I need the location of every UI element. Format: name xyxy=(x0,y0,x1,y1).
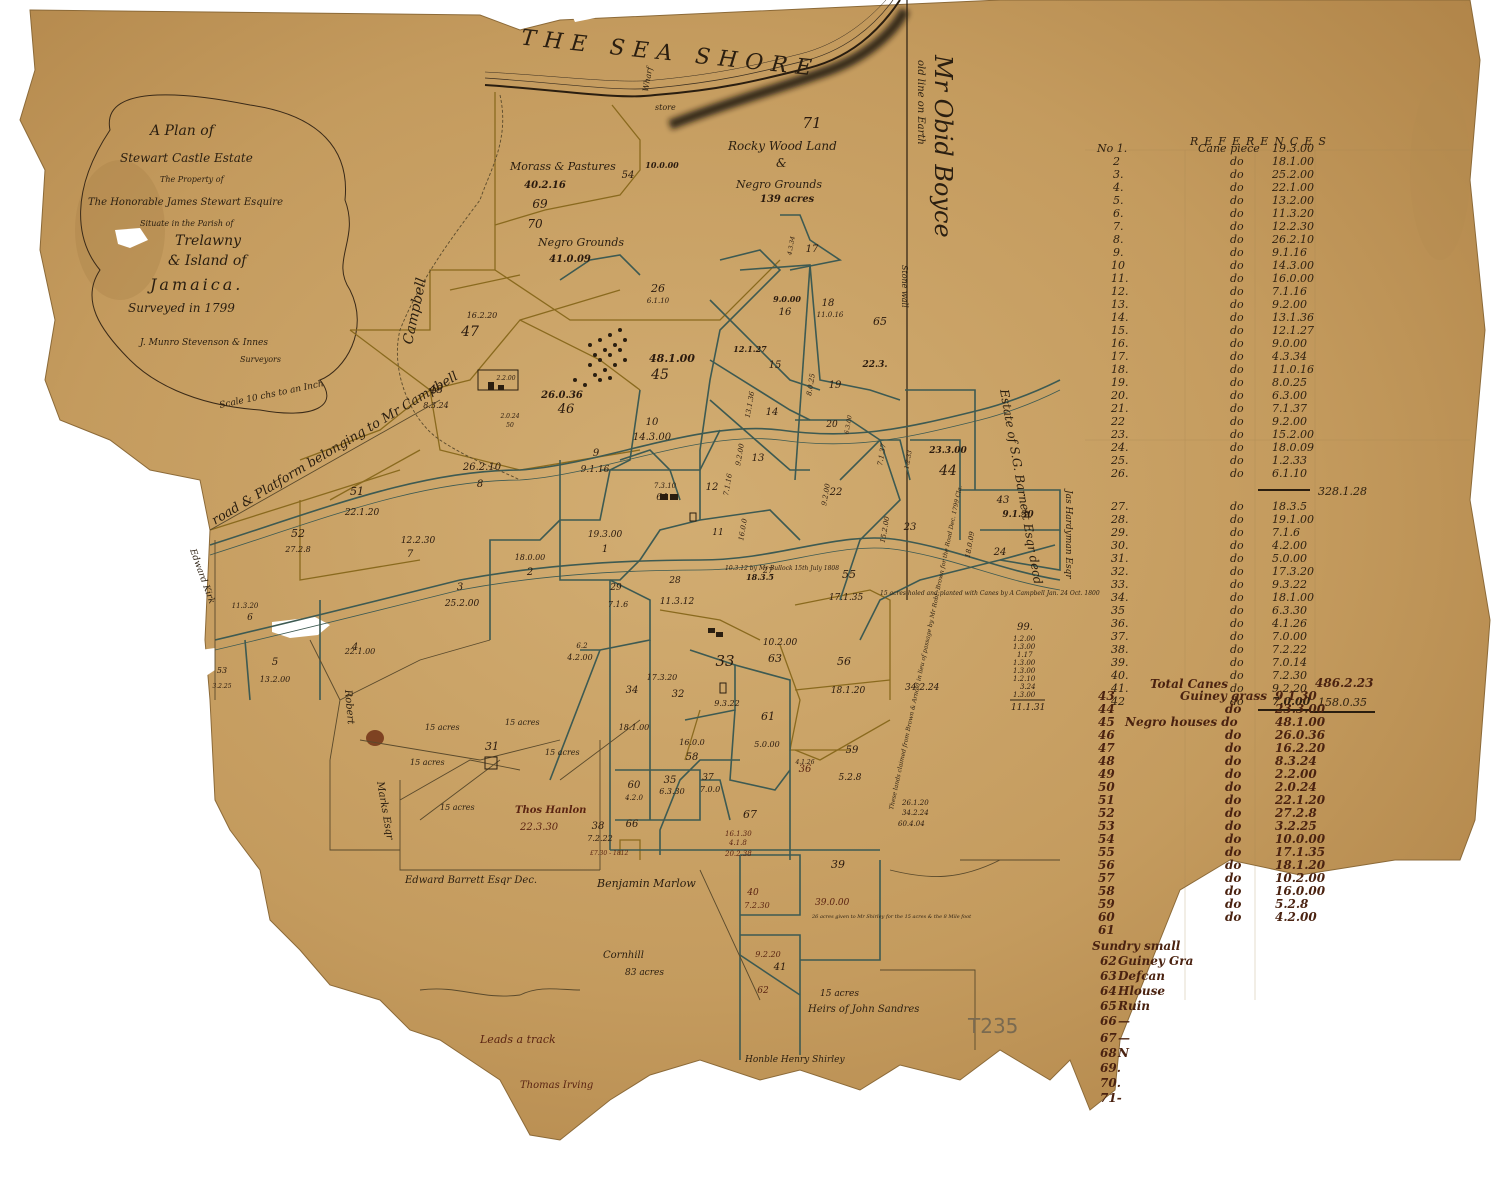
svg-text:63: 63 xyxy=(1100,969,1117,983)
svg-text:1.3.00: 1.3.00 xyxy=(1013,659,1036,667)
svg-text:11.: 11. xyxy=(1111,272,1129,285)
svg-text:48.1.00: 48.1.00 xyxy=(649,352,695,365)
svg-text:44: 44 xyxy=(938,463,957,479)
svg-text:do: do xyxy=(1230,467,1244,480)
svg-text:47: 47 xyxy=(460,324,479,340)
svg-text:16: 16 xyxy=(779,307,792,318)
svg-text:do: do xyxy=(1230,311,1244,324)
svg-text:60.4.04: 60.4.04 xyxy=(898,820,925,828)
svg-text:4.1.26: 4.1.26 xyxy=(794,759,814,766)
svg-text:22.1.00: 22.1.00 xyxy=(1271,181,1314,194)
svg-text:2: 2 xyxy=(526,567,533,578)
svg-text:9.2.00: 9.2.00 xyxy=(1272,298,1307,311)
svg-text:do: do xyxy=(1230,363,1244,376)
svg-text:28: 28 xyxy=(668,576,681,586)
svg-text:1.3.00: 1.3.00 xyxy=(1013,643,1036,651)
svg-text:23.3.00: 23.3.00 xyxy=(1274,702,1326,716)
svg-text:19.3.00: 19.3.00 xyxy=(1272,142,1314,155)
svg-text:&: & xyxy=(776,156,787,170)
svg-text:16.0.00: 16.0.00 xyxy=(1275,884,1326,898)
svg-text:36.: 36. xyxy=(1111,617,1129,630)
old-line-label: old line on Earth xyxy=(915,60,926,145)
svg-text:70: 70 xyxy=(527,217,543,231)
svg-text:32.: 32. xyxy=(1111,565,1129,578)
svg-text:34.: 34. xyxy=(1111,591,1129,604)
svg-text:15 acres: 15 acres xyxy=(505,718,540,727)
svg-text:18.1.20: 18.1.20 xyxy=(1275,858,1326,872)
svg-text:11.0.16: 11.0.16 xyxy=(1272,363,1314,376)
svg-text:18: 18 xyxy=(822,298,835,309)
svg-text:Trelawny: Trelawny xyxy=(175,233,242,249)
svg-text:do: do xyxy=(1230,428,1244,441)
svg-text:1.3.00: 1.3.00 xyxy=(1013,667,1036,675)
svg-text:13.2.00: 13.2.00 xyxy=(1272,194,1314,207)
svg-text:do: do xyxy=(1225,897,1241,911)
svg-text:11.0.16: 11.0.16 xyxy=(817,311,844,319)
svg-text:Leads a track: Leads a track xyxy=(479,1033,556,1046)
svg-text:60: 60 xyxy=(628,780,641,791)
svg-text:13.2.00: 13.2.00 xyxy=(260,675,291,684)
svg-text:18.0.00: 18.0.00 xyxy=(515,553,546,562)
svg-text:58: 58 xyxy=(1098,884,1115,898)
svg-text:26 acres given to Mr Shirley f: 26 acres given to Mr Shirley for the 15 … xyxy=(811,914,972,920)
svg-text:do: do xyxy=(1230,454,1244,467)
svg-text:6.3.00: 6.3.00 xyxy=(1272,389,1307,402)
svg-text:do: do xyxy=(1230,233,1244,246)
svg-text:The Honorable James Stewart Es: The Honorable James Stewart Esquire xyxy=(88,197,283,208)
svg-text:Benjamin Marlow: Benjamin Marlow xyxy=(596,877,696,890)
svg-text:—: — xyxy=(1118,1031,1130,1045)
svg-text:7.0.14: 7.0.14 xyxy=(1272,656,1307,669)
svg-text:31.: 31. xyxy=(1111,552,1129,565)
svg-text:62: 62 xyxy=(757,986,769,996)
svg-text:do: do xyxy=(1230,298,1244,311)
svg-text:7.1.37: 7.1.37 xyxy=(1272,402,1307,415)
svg-text:15 acres: 15 acres xyxy=(410,758,445,767)
svg-text:10: 10 xyxy=(646,417,659,428)
svg-text:9.1.16: 9.1.16 xyxy=(1272,246,1307,259)
svg-text:5.2.8: 5.2.8 xyxy=(1275,897,1309,911)
svg-text:do: do xyxy=(1225,754,1241,768)
svg-text:15 acres: 15 acres xyxy=(820,989,859,999)
svg-text:22.1.20: 22.1.20 xyxy=(344,508,380,518)
svg-text:70.: 70. xyxy=(1100,1076,1121,1090)
svg-text:19: 19 xyxy=(829,380,842,391)
svg-text:34.2.24: 34.2.24 xyxy=(902,809,929,817)
svg-text:29.: 29. xyxy=(1110,526,1129,539)
svg-text:do: do xyxy=(1230,259,1244,272)
svg-text:44: 44 xyxy=(1098,702,1115,716)
svg-text:12: 12 xyxy=(706,482,719,493)
svg-text:5.2.8: 5.2.8 xyxy=(839,773,862,783)
svg-text:do: do xyxy=(1225,741,1241,755)
svg-text:Jamaica.: Jamaica. xyxy=(147,275,243,294)
svg-text:12.2.30: 12.2.30 xyxy=(401,536,436,546)
svg-text:2.2.00: 2.2.00 xyxy=(495,375,515,382)
svg-text:40.2.16: 40.2.16 xyxy=(524,180,566,191)
svg-text:18.0.09: 18.0.09 xyxy=(1272,441,1314,454)
svg-text:59: 59 xyxy=(846,745,859,756)
svg-text:27.: 27. xyxy=(1110,500,1129,513)
svg-text:9.0.00: 9.0.00 xyxy=(773,294,801,304)
svg-text:39: 39 xyxy=(831,858,845,871)
svg-text:26: 26 xyxy=(650,282,665,295)
svg-text:48: 48 xyxy=(428,383,443,396)
svg-text:do: do xyxy=(1230,513,1244,526)
svg-text:Ruin: Ruin xyxy=(1117,999,1150,1013)
svg-text:6.1.10: 6.1.10 xyxy=(647,297,670,305)
svg-text:1.17: 1.17 xyxy=(1017,651,1033,659)
svg-text:4.2.00: 4.2.00 xyxy=(1271,539,1307,552)
svg-text:Defcan: Defcan xyxy=(1117,969,1165,983)
svg-text:7.0.0: 7.0.0 xyxy=(700,785,720,794)
svg-text:61: 61 xyxy=(1098,923,1115,937)
svg-text:do: do xyxy=(1230,643,1244,656)
svg-text:The Property of: The Property of xyxy=(160,175,226,184)
svg-text:48.1.00: 48.1.00 xyxy=(1275,715,1326,729)
svg-text:52: 52 xyxy=(1098,806,1115,820)
svg-text:do: do xyxy=(1230,578,1244,591)
svg-text:37: 37 xyxy=(702,773,714,783)
svg-text:57: 57 xyxy=(1098,871,1115,885)
svg-text:20.: 20. xyxy=(1110,389,1129,402)
svg-text:1.2.33: 1.2.33 xyxy=(1272,454,1307,467)
svg-text:64: 64 xyxy=(656,493,668,503)
svg-text:8.: 8. xyxy=(1113,233,1124,246)
svg-text:Jas Hardyman Esqr: Jas Hardyman Esqr xyxy=(1063,488,1073,579)
svg-text:13: 13 xyxy=(752,453,765,464)
svg-text:54: 54 xyxy=(622,170,635,181)
svg-text:22.3.30: 22.3.30 xyxy=(519,822,559,833)
svg-text:2.2.00: 2.2.00 xyxy=(1274,767,1317,781)
svg-text:15 acres holed and planted wit: 15 acres holed and planted with Canes by… xyxy=(880,590,1100,597)
svg-text:7.3.10: 7.3.10 xyxy=(654,482,677,490)
svg-text:22.1.00: 22.1.00 xyxy=(344,647,376,656)
svg-text:Negro houses do: Negro houses do xyxy=(1124,715,1238,729)
svg-text:7.0.00: 7.0.00 xyxy=(1272,630,1307,643)
svg-text:67: 67 xyxy=(1100,1031,1117,1045)
svg-text:Stewart Castle Estate: Stewart Castle Estate xyxy=(120,151,253,165)
svg-text:6.3.30: 6.3.30 xyxy=(1272,604,1307,617)
svg-text:47: 47 xyxy=(1098,741,1115,755)
svg-text:do: do xyxy=(1230,552,1244,565)
svg-text:9: 9 xyxy=(593,448,600,459)
svg-text:15: 15 xyxy=(769,360,782,371)
svg-text:22: 22 xyxy=(1110,415,1125,428)
svg-text:34: 34 xyxy=(626,685,639,696)
svg-text:26.2.10: 26.2.10 xyxy=(462,462,502,473)
svg-text:33.: 33. xyxy=(1111,578,1129,591)
svg-text:37.: 37. xyxy=(1111,630,1129,643)
svg-text:43: 43 xyxy=(1098,689,1115,703)
svg-text:6.: 6. xyxy=(1113,207,1124,220)
svg-text:do: do xyxy=(1230,246,1244,259)
svg-text:Negro Grounds: Negro Grounds xyxy=(537,236,624,249)
svg-text:54: 54 xyxy=(1098,832,1115,846)
svg-text:& Island of: & Island of xyxy=(168,253,249,269)
svg-text:—: — xyxy=(1118,1014,1130,1028)
svg-text:48: 48 xyxy=(1098,754,1115,768)
svg-text:4.: 4. xyxy=(1112,181,1124,194)
svg-text:65: 65 xyxy=(873,315,887,328)
svg-text:63: 63 xyxy=(768,652,782,665)
svg-text:do: do xyxy=(1230,324,1244,337)
svg-text:6.2: 6.2 xyxy=(576,642,588,650)
neighbor-boyce-label: Mr Obid Boyce xyxy=(929,54,957,238)
svg-text:50: 50 xyxy=(1098,780,1115,794)
svg-text:52: 52 xyxy=(291,527,305,540)
svg-text:66: 66 xyxy=(626,819,639,830)
svg-text:do: do xyxy=(1230,415,1244,428)
svg-text:40: 40 xyxy=(746,888,759,898)
svg-text:26.2.10: 26.2.10 xyxy=(1271,233,1314,246)
svg-text:10.2.00: 10.2.00 xyxy=(1275,871,1326,885)
svg-text:18.: 18. xyxy=(1111,363,1129,376)
svg-text:5.: 5. xyxy=(1113,194,1124,207)
svg-text:do: do xyxy=(1225,819,1241,833)
svg-text:do: do xyxy=(1230,207,1244,220)
svg-text:12.: 12. xyxy=(1111,285,1129,298)
svg-text:24.: 24. xyxy=(1110,441,1129,454)
svg-text:Thomas Irving: Thomas Irving xyxy=(520,1080,593,1091)
svg-text:3.: 3. xyxy=(1113,168,1124,181)
svg-text:15 acres: 15 acres xyxy=(545,748,580,757)
svg-text:26.0.36: 26.0.36 xyxy=(1274,728,1326,742)
svg-text:do: do xyxy=(1230,656,1244,669)
svg-text:65: 65 xyxy=(1100,999,1117,1013)
svg-text:18.1.00: 18.1.00 xyxy=(1272,591,1314,604)
svg-text:23.3.00: 23.3.00 xyxy=(928,446,967,456)
svg-text:25.: 25. xyxy=(1110,454,1129,467)
svg-text:22.3.: 22.3. xyxy=(861,360,887,370)
svg-text:26.0.36: 26.0.36 xyxy=(540,390,583,401)
svg-text:18.1.20: 18.1.20 xyxy=(831,686,866,696)
sundry-label: Sundry small xyxy=(1092,939,1181,953)
svg-text:18.3.5: 18.3.5 xyxy=(746,572,774,582)
svg-text:do: do xyxy=(1230,220,1244,233)
svg-text:7.2.22: 7.2.22 xyxy=(587,834,612,843)
svg-text:30.: 30. xyxy=(1111,539,1129,552)
svg-text:do: do xyxy=(1230,630,1244,643)
svg-text:Surveyors: Surveyors xyxy=(240,355,281,364)
svg-text:58: 58 xyxy=(686,752,699,763)
svg-text:7.1.6: 7.1.6 xyxy=(1272,526,1300,539)
subtotal-1: 328.1.28 xyxy=(1318,485,1367,498)
svg-text:60: 60 xyxy=(1098,910,1115,924)
svg-text:71-: 71- xyxy=(1100,1091,1122,1105)
svg-text:20: 20 xyxy=(825,420,838,430)
svg-text:11.3.20: 11.3.20 xyxy=(232,602,259,610)
svg-text:do: do xyxy=(1225,806,1241,820)
svg-text:7.1.6: 7.1.6 xyxy=(608,600,628,609)
svg-text:18.3.5: 18.3.5 xyxy=(1272,500,1307,513)
svg-text:17.1.35: 17.1.35 xyxy=(829,593,864,603)
svg-text:5.0.00: 5.0.00 xyxy=(754,740,779,749)
svg-text:7.2.30: 7.2.30 xyxy=(1272,669,1307,682)
svg-text:10.0.00: 10.0.00 xyxy=(1275,832,1326,846)
svg-text:71: 71 xyxy=(802,114,821,132)
catalog-number: T235 xyxy=(967,1014,1018,1038)
svg-text:do: do xyxy=(1230,389,1244,402)
svg-text:99.: 99. xyxy=(1017,622,1033,633)
svg-text:do: do xyxy=(1225,728,1241,742)
svg-text:26.1.20: 26.1.20 xyxy=(901,799,929,807)
svg-text:do: do xyxy=(1225,793,1241,807)
stone-wall-label: Stone wall xyxy=(900,265,909,308)
svg-text:17.3.20: 17.3.20 xyxy=(647,673,678,682)
svg-text:19.1.00: 19.1.00 xyxy=(1272,513,1314,526)
svg-text:1.2.00: 1.2.00 xyxy=(1013,635,1036,643)
svg-text:22.1.20: 22.1.20 xyxy=(1274,793,1326,807)
svg-text:Rocky Wood Land: Rocky Wood Land xyxy=(727,139,837,153)
svg-text:39.0.00: 39.0.00 xyxy=(815,898,850,908)
svg-text:11.3.12: 11.3.12 xyxy=(660,597,695,607)
svg-text:14.3.00: 14.3.00 xyxy=(1272,259,1314,272)
svg-text:17.1.35: 17.1.35 xyxy=(1275,845,1325,859)
svg-text:5: 5 xyxy=(272,657,278,668)
svg-text:45: 45 xyxy=(1098,715,1115,729)
svg-text:14.3.00: 14.3.00 xyxy=(633,432,672,443)
svg-text:66: 66 xyxy=(1100,1014,1117,1028)
svg-text:53: 53 xyxy=(217,666,227,675)
svg-text:8.3.24: 8.3.24 xyxy=(423,401,448,410)
svg-text:Guiney grass: Guiney grass xyxy=(1180,689,1267,703)
svg-text:10: 10 xyxy=(1111,259,1125,272)
svg-text:10.3.12 by Mr Bullock 15th Jul: 10.3.12 by Mr Bullock 15th July 1808 xyxy=(725,565,839,572)
svg-text:67: 67 xyxy=(743,808,757,821)
svg-text:6: 6 xyxy=(247,613,253,623)
svg-text:Guiney Gra: Guiney Gra xyxy=(1118,954,1193,968)
svg-text:16.2.20: 16.2.20 xyxy=(467,311,498,320)
svg-text:8: 8 xyxy=(477,479,483,490)
svg-text:9.1.16: 9.1.16 xyxy=(581,465,610,475)
svg-text:do: do xyxy=(1225,871,1241,885)
svg-text:16.2.20: 16.2.20 xyxy=(1275,741,1326,755)
svg-text:£7.30 - 1812: £7.30 - 1812 xyxy=(589,850,628,857)
svg-text:12.2.30: 12.2.30 xyxy=(1272,220,1314,233)
svg-text:18.1.00: 18.1.00 xyxy=(619,723,650,732)
svg-text:49: 49 xyxy=(1098,767,1115,781)
svg-text:do: do xyxy=(1225,780,1241,794)
svg-text:31: 31 xyxy=(485,740,499,753)
svg-text:4.1.26: 4.1.26 xyxy=(1271,617,1307,630)
svg-text:15.: 15. xyxy=(1111,324,1129,337)
svg-text:19.3.00: 19.3.00 xyxy=(588,530,623,540)
svg-text:N: N xyxy=(1117,1046,1130,1060)
svg-text:12.1.27: 12.1.27 xyxy=(733,344,767,354)
svg-text:do: do xyxy=(1225,858,1241,872)
svg-text:7.2.22: 7.2.22 xyxy=(1272,643,1307,656)
svg-text:Morass & Pastures: Morass & Pastures xyxy=(509,160,616,173)
svg-text:56: 56 xyxy=(1098,858,1115,872)
svg-text:7.: 7. xyxy=(1113,220,1124,233)
svg-text:3.24: 3.24 xyxy=(1020,683,1036,691)
svg-text:29: 29 xyxy=(609,583,622,593)
svg-text:3.2.25: 3.2.25 xyxy=(1275,819,1317,833)
svg-text:51: 51 xyxy=(350,485,364,498)
svg-text:9.1.30: 9.1.30 xyxy=(1275,689,1317,703)
svg-text:23: 23 xyxy=(903,522,917,533)
svg-text:Negro Grounds: Negro Grounds xyxy=(735,178,822,191)
svg-text:2.0.24: 2.0.24 xyxy=(1274,780,1317,794)
svg-text:do: do xyxy=(1230,155,1244,168)
svg-text:23.: 23. xyxy=(1110,428,1129,441)
svg-text:1: 1 xyxy=(602,544,608,555)
svg-text:Honble Henry Shirley: Honble Henry Shirley xyxy=(744,1055,845,1065)
svg-text:12.1.27: 12.1.27 xyxy=(1272,324,1314,337)
svg-text:11.1.31: 11.1.31 xyxy=(1011,703,1045,713)
svg-text:46: 46 xyxy=(557,402,575,417)
svg-text:18.1.00: 18.1.00 xyxy=(1272,155,1314,168)
svg-text:51: 51 xyxy=(1098,793,1115,807)
svg-text:83 acres: 83 acres xyxy=(625,968,664,978)
svg-text:do: do xyxy=(1230,526,1244,539)
svg-text:9.0.00: 9.0.00 xyxy=(1272,337,1307,350)
svg-text:62: 62 xyxy=(1100,954,1117,968)
svg-text:32: 32 xyxy=(672,689,685,700)
svg-text:20.2.38: 20.2.38 xyxy=(724,850,752,858)
svg-text:9.3.22: 9.3.22 xyxy=(1272,578,1307,591)
svg-text:39.: 39. xyxy=(1111,656,1129,669)
svg-text:Cane piece: Cane piece xyxy=(1198,142,1260,155)
svg-text:45: 45 xyxy=(650,367,669,383)
svg-text:16.0.00: 16.0.00 xyxy=(1272,272,1314,285)
svg-text:69: 69 xyxy=(532,197,548,211)
svg-text:do: do xyxy=(1230,272,1244,285)
svg-text:Heirs of John Sandres: Heirs of John Sandres xyxy=(807,1004,919,1015)
svg-text:do: do xyxy=(1230,565,1244,578)
svg-text:27.2.8: 27.2.8 xyxy=(284,545,310,554)
svg-text:do: do xyxy=(1230,168,1244,181)
svg-text:4.2.0: 4.2.0 xyxy=(624,794,643,802)
svg-text:do: do xyxy=(1230,441,1244,454)
svg-text:4.1.8: 4.1.8 xyxy=(728,839,747,847)
svg-text:40.: 40. xyxy=(1110,669,1129,682)
svg-text:6.3.30: 6.3.30 xyxy=(659,787,684,796)
svg-text:4.3.34: 4.3.34 xyxy=(1271,350,1307,363)
svg-text:5.0.00: 5.0.00 xyxy=(1272,552,1307,565)
svg-text:7.2.30: 7.2.30 xyxy=(744,901,769,910)
svg-text:16.0.0: 16.0.0 xyxy=(679,738,704,747)
svg-text:9.2.00: 9.2.00 xyxy=(1272,415,1307,428)
svg-text:7.1.16: 7.1.16 xyxy=(1272,285,1307,298)
svg-text:13.: 13. xyxy=(1111,298,1129,311)
svg-text:15 acres: 15 acres xyxy=(440,803,475,812)
svg-text:8.3.24: 8.3.24 xyxy=(1275,754,1317,768)
svg-text:25.2.00: 25.2.00 xyxy=(444,599,480,609)
svg-text:33: 33 xyxy=(715,652,734,670)
svg-text:38: 38 xyxy=(592,821,605,832)
svg-text:55: 55 xyxy=(842,568,856,581)
svg-text:16.1.30: 16.1.30 xyxy=(725,830,752,838)
svg-text:9.: 9. xyxy=(1113,246,1124,259)
svg-text:139 acres: 139 acres xyxy=(760,194,815,205)
svg-text:26.: 26. xyxy=(1110,467,1129,480)
svg-text:Surveyed in 1799: Surveyed in 1799 xyxy=(128,301,235,315)
svg-text:do: do xyxy=(1230,604,1244,617)
svg-text:do: do xyxy=(1230,194,1244,207)
svg-text:64: 64 xyxy=(1100,984,1117,998)
svg-text:9.1.30: 9.1.30 xyxy=(1002,510,1034,520)
svg-text:13.1.36: 13.1.36 xyxy=(1272,311,1314,324)
svg-text:56: 56 xyxy=(837,655,851,668)
svg-text:27.2.8: 27.2.8 xyxy=(1274,806,1317,820)
svg-text:17.: 17. xyxy=(1111,350,1129,363)
svg-text:do: do xyxy=(1230,500,1244,513)
svg-text:Cornhill: Cornhill xyxy=(603,950,644,961)
svg-text:11: 11 xyxy=(712,528,723,538)
svg-text:3: 3 xyxy=(457,582,463,593)
